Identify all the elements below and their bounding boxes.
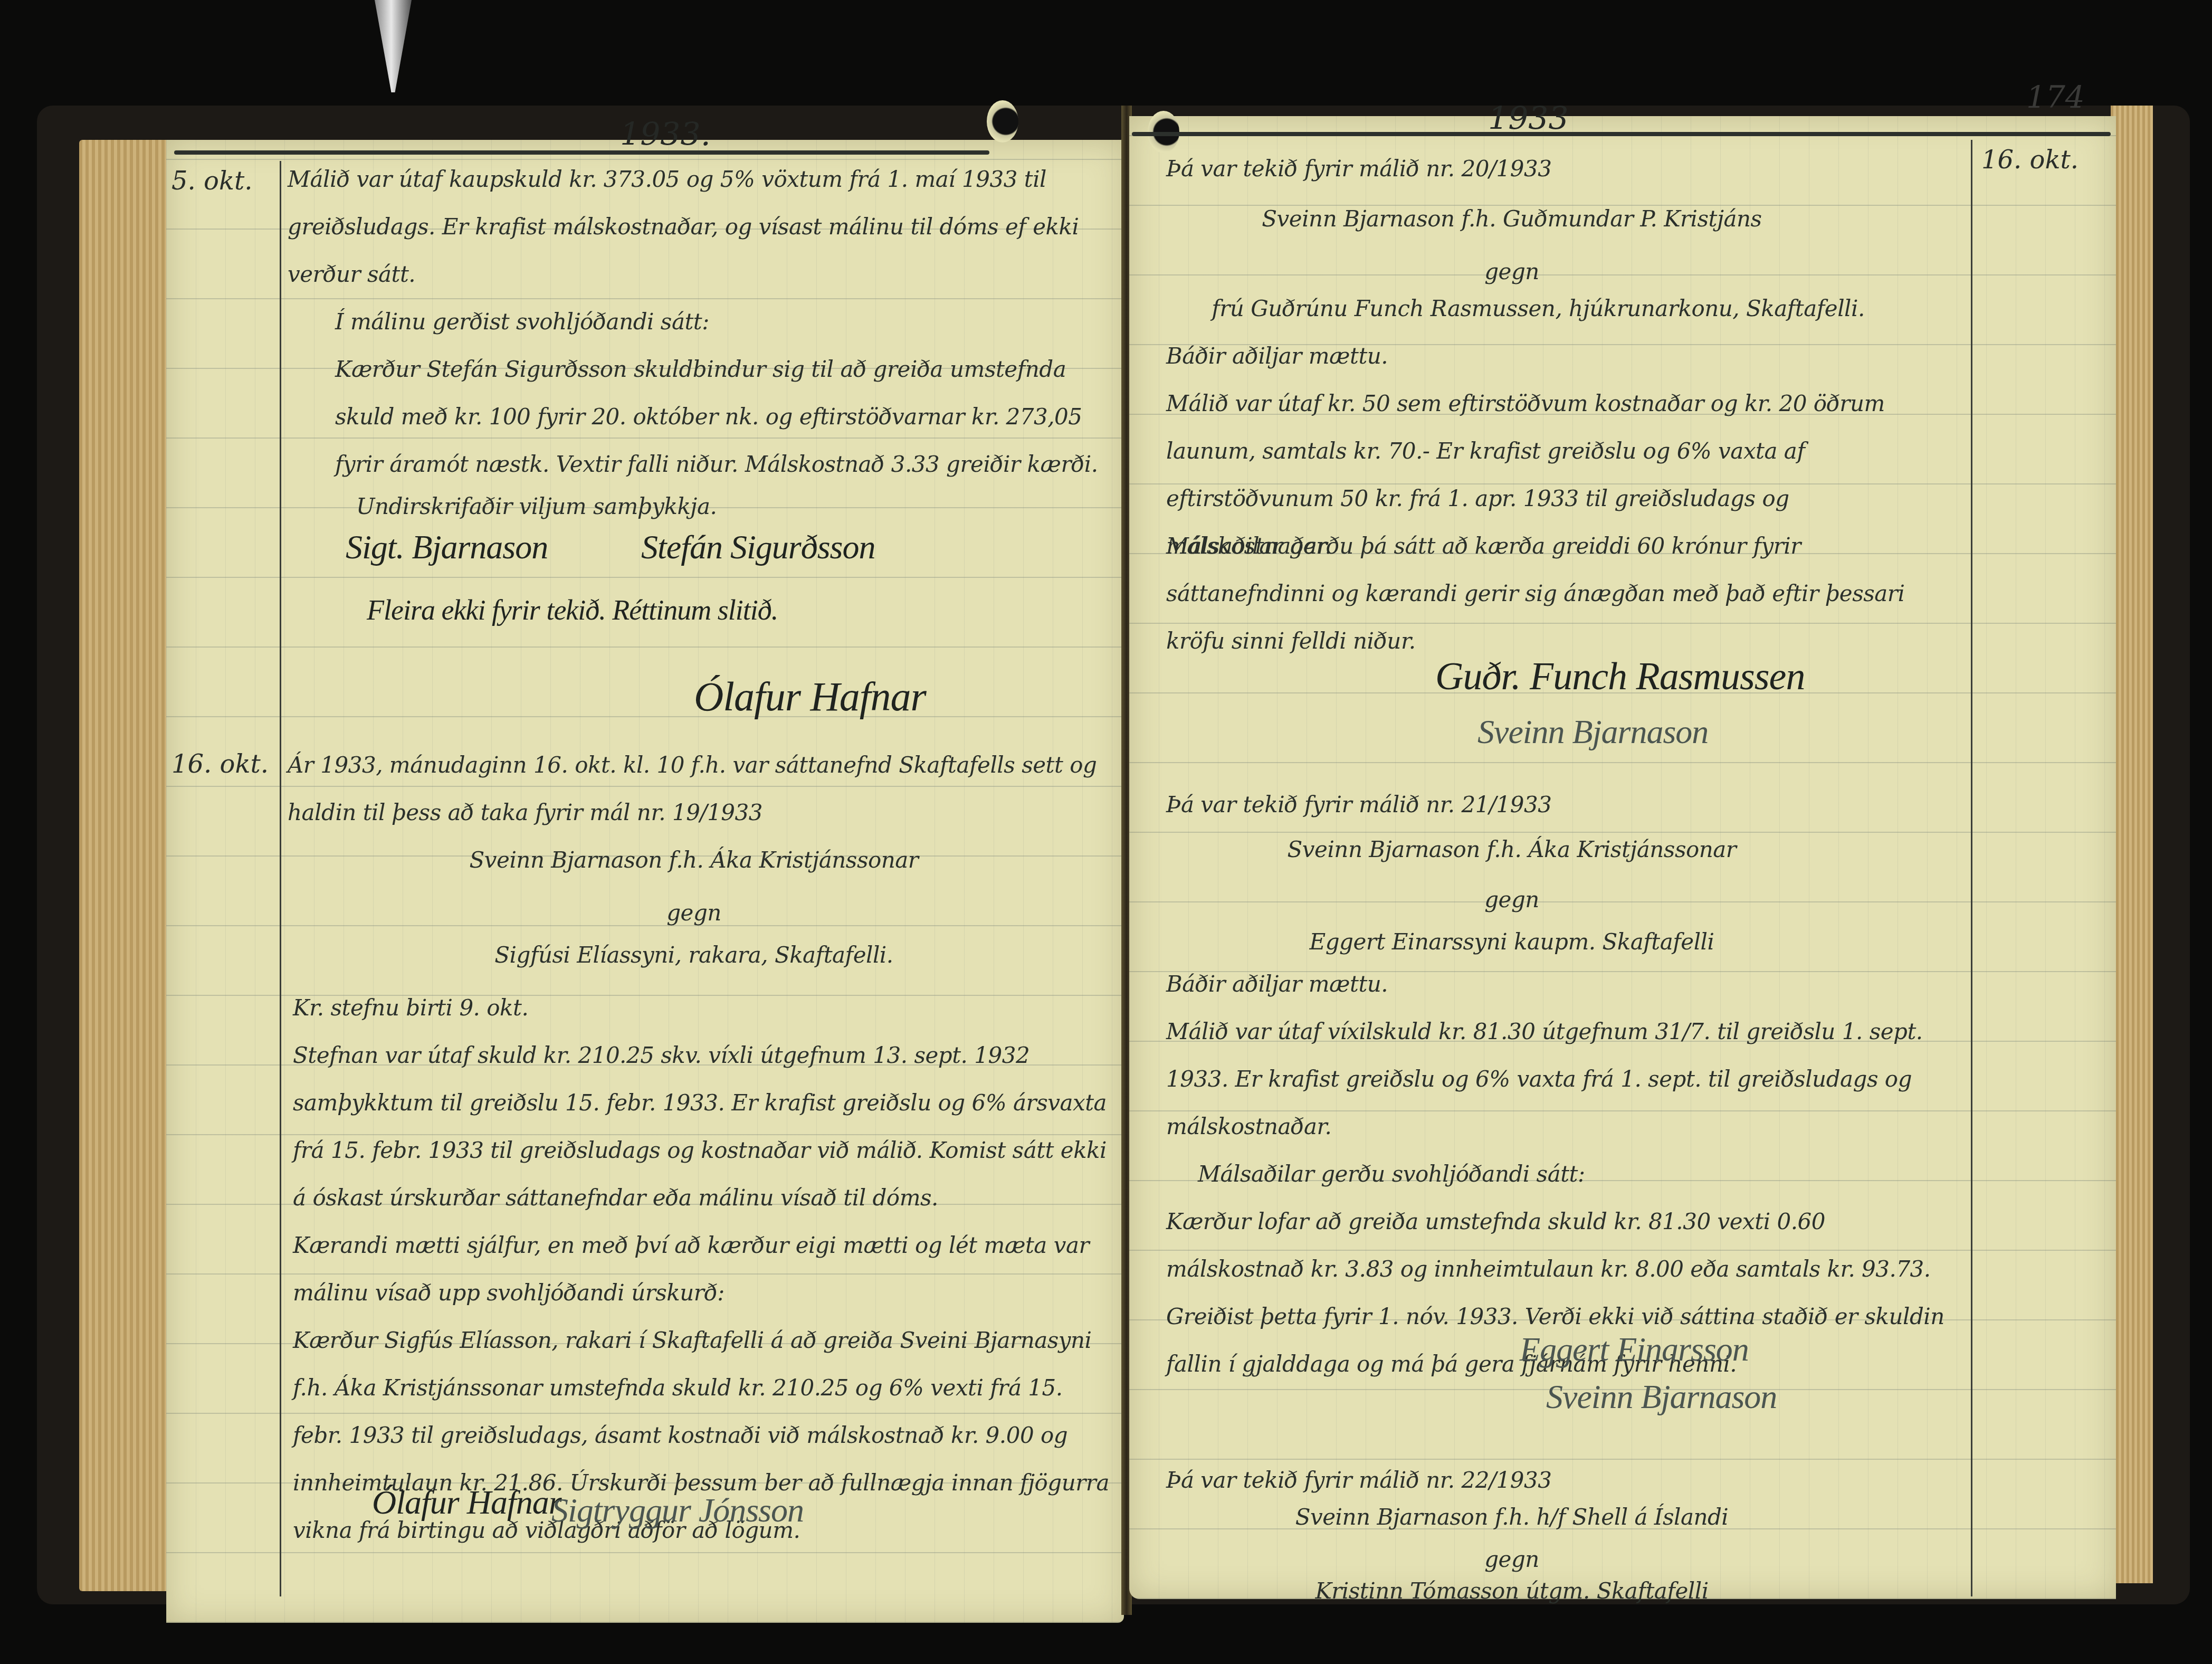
entry-paragraph: Ár 1933, mánudaginn 16. okt. kl. 10 f.h.… xyxy=(288,741,1111,836)
margin-line xyxy=(1971,140,1972,1596)
header-rule xyxy=(1132,132,2111,136)
case-header: Þá var tekið fyrir málið nr. 20/1933 xyxy=(1166,145,1958,193)
plaintiff: Sveinn Bjarnason f.h. h/f Shell á Ísland… xyxy=(1208,1494,1815,1541)
judge-signature: Ólafur Hafnar xyxy=(694,673,926,720)
left-page-year: 1933. xyxy=(620,116,711,153)
entry-paragraph: Málsaðilar gerðu svohljóðandi sátt: xyxy=(1198,1150,1937,1198)
signature: Stefán Sigurðsson xyxy=(641,528,875,567)
entry-paragraph: Báðir aðiljar mættu. xyxy=(1166,332,1958,380)
signature: Guðr. Funch Rasmussen xyxy=(1435,654,1805,699)
entry-paragraph: Kærður Stefán Sigurðsson skuldbindur sig… xyxy=(335,346,1111,488)
signature: Ólafur Hafnar xyxy=(372,1483,561,1522)
versus-label: gegn xyxy=(404,889,984,937)
plaintiff: Sveinn Bjarnason f.h. Áka Kristjánssonar xyxy=(404,836,984,884)
punch-hole xyxy=(987,100,1018,142)
entry-date: 16. okt. xyxy=(1981,145,2078,175)
right-page-stack xyxy=(2111,106,2153,1583)
defendant: Sigfúsi Elíassyni, rakara, Skaftafelli. xyxy=(404,931,984,979)
plaintiff: Sveinn Bjarnason f.h. Áka Kristjánssonar xyxy=(1208,826,1815,873)
entry-date: 5. okt. xyxy=(171,166,253,196)
signature: Sigtryggur Jónsson xyxy=(551,1491,804,1530)
entry-date: 16. okt. xyxy=(171,749,269,779)
left-page-stack xyxy=(79,140,169,1591)
closing-statement: Fleira ekki fyrir tekið. Réttinum slitið… xyxy=(367,594,778,626)
entry-paragraph: Báðir aðiljar mættu. xyxy=(1166,961,1958,1008)
signature: Sigt. Bjarnason xyxy=(346,528,548,567)
entry-paragraph: Kærandi mætti sjálfur, en með því að kær… xyxy=(293,1222,1116,1317)
versus-label: gegn xyxy=(1208,876,1815,924)
right-page: 1933 174 16. okt. Þá var tekið fyrir mál… xyxy=(1129,116,2116,1599)
signature: Sveinn Bjarnason xyxy=(1477,712,1708,752)
blade-pointer xyxy=(375,0,412,92)
entry-paragraph: Málið var útaf kaupskuld kr. 373.05 og 5… xyxy=(288,156,1111,298)
entry-paragraph: Málið var útaf víxilskuld kr. 81.30 útge… xyxy=(1166,1008,1958,1150)
entry-paragraph: Stefnan var útaf skuld kr. 210.25 skv. v… xyxy=(293,1032,1116,1222)
signature: Sveinn Bjarnason xyxy=(1546,1377,1777,1416)
entry-paragraph: Undirskrifaðir viljum samþykkja. xyxy=(356,483,989,530)
defendant: frú Guðrúnu Funch Rasmussen, hjúkrunarko… xyxy=(1182,285,1894,332)
signature: Eggert Einarsson xyxy=(1520,1330,1749,1369)
page-number: 174 xyxy=(2026,79,2085,115)
margin-line xyxy=(280,161,281,1596)
left-page: 1933. 5. okt. Málið var útaf kaupskuld k… xyxy=(166,140,1124,1623)
entry-paragraph: Í málinu gerðist svohljóðandi sátt: xyxy=(335,298,1074,346)
entry-paragraph: Kr. stefnu birti 9. okt. xyxy=(293,984,768,1032)
entry-paragraph: Málsaðilar gerðu þá sátt að kærða greidd… xyxy=(1166,522,1958,665)
defendant: Eggert Einarssyni kaupm. Skaftafelli xyxy=(1208,918,1815,966)
case-header: Þá var tekið fyrir málið nr. 21/1933 xyxy=(1166,781,1958,829)
plaintiff: Sveinn Bjarnason f.h. Guðmundar P. Krist… xyxy=(1208,195,1815,243)
defendant: Kristinn Tómasson útgm. Skaftafelli xyxy=(1208,1567,1815,1615)
header-rule xyxy=(174,150,989,155)
